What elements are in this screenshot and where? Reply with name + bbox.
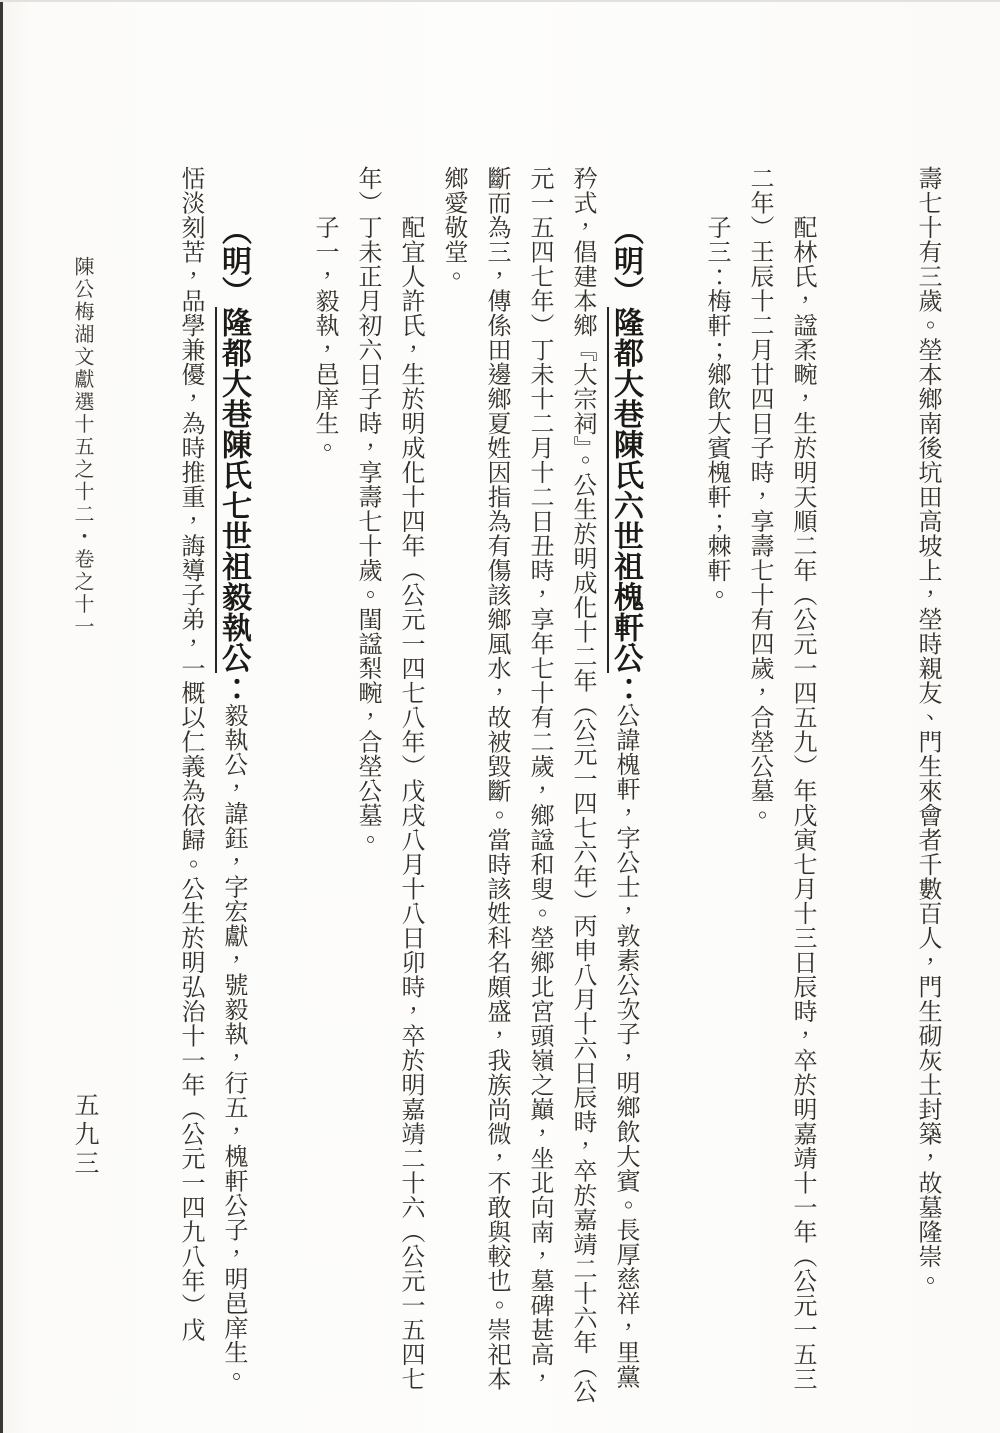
scan-top-edge-artifact bbox=[0, 0, 1000, 2]
dynasty-label: （明） bbox=[609, 215, 642, 307]
ancestor-name-sixth: 隆都大巷陳氏六世祖槐軒公 bbox=[607, 307, 642, 673]
book-margin-title: 陳公梅湖文獻選十五之十二・卷之十一 bbox=[68, 256, 97, 676]
heading-colon: ： bbox=[217, 673, 250, 704]
paragraph-wife-lin: 配林氏，諡柔畹，生於明天順二年（公元一四五九）年戊寅七月十三日辰時，卒於明嘉靖十… bbox=[737, 166, 823, 1404]
paragraph-wife-xu: 配宜人許氏，生於明成化十四年（公元一四七八年）戊戌八月十八日卯時，卒於明嘉靖二十… bbox=[345, 166, 431, 1404]
scan-left-edge-artifact bbox=[0, 0, 3, 1433]
scanned-document-page: 陳公梅湖文獻選十五之十二・卷之十一 五九三 壽七十有三歲。塋本鄉南後坑田高坡上，… bbox=[0, 0, 1000, 1433]
paragraph-son-one: 子一，毅執，邑庠生。 bbox=[302, 166, 345, 1404]
paragraph-sons-three: 子三：梅軒；鄉飲大賓槐軒；棘軒。 bbox=[694, 166, 737, 1404]
ancestor-name-seventh: 隆都大巷陳氏七世祖毅執公 bbox=[215, 307, 250, 673]
section-seventh-ancestor: （明）隆都大巷陳氏七世祖毅執公：毅執公，諱鈺，字宏獻，號毅執，行五，槐軒公子，明… bbox=[168, 166, 255, 1404]
section-heading-sixth-ancestor: （明）隆都大巷陳氏六世祖槐軒公： bbox=[607, 215, 642, 703]
paragraph-continuation-tomb: 壽七十有三歲。塋本鄉南後坑田高坡上，塋時親友、門生來會者千數百人，門生砌灰土封築… bbox=[905, 166, 948, 1404]
main-text-block: 壽七十有三歲。塋本鄉南後坑田高坡上，塋時親友、門生來會者千數百人，門生砌灰土封築… bbox=[168, 166, 948, 1404]
section-heading-seventh-ancestor: （明）隆都大巷陳氏七世祖毅執公： bbox=[215, 215, 250, 703]
section-sixth-ancestor: （明）隆都大巷陳氏六世祖槐軒公：公諱槐軒，字公士，敦素公次子，明鄉飲大賓。長厚慈… bbox=[431, 166, 647, 1404]
heading-colon: ： bbox=[609, 673, 642, 704]
dynasty-label: （明） bbox=[217, 215, 250, 307]
page-number: 五九三 bbox=[66, 1092, 102, 1179]
